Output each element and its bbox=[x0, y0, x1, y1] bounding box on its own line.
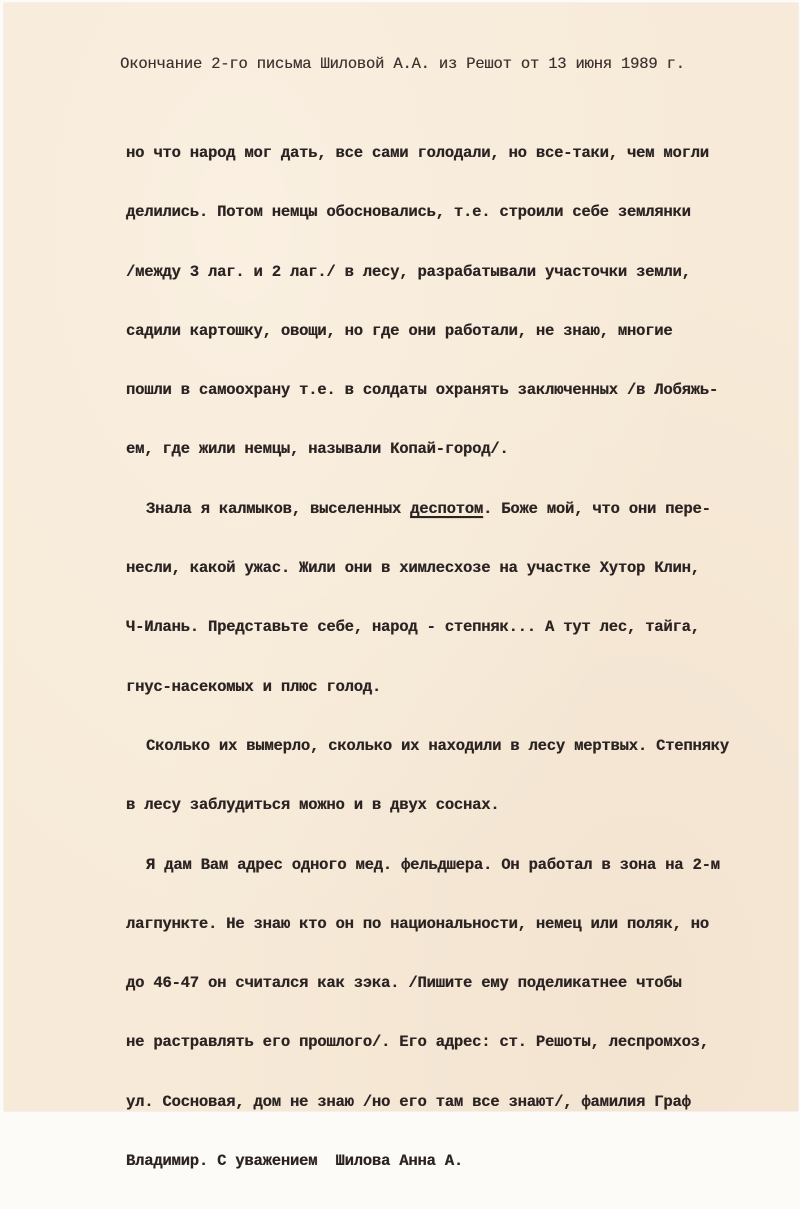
text-line-17: ул. Сосновая, дом не знаю /но его там вс… bbox=[126, 1091, 718, 1114]
text-line-6: ем, где жили немцы, называли Копай-город… bbox=[126, 438, 718, 461]
typed-letter-page: Окончание 2-го письма Шиловой А.А. из Ре… bbox=[4, 3, 798, 1111]
text-line-16: не растравлять его прошлого/. Его адрес:… bbox=[126, 1031, 718, 1054]
text-line-1: но что народ мог дать, все сами голодали… bbox=[126, 142, 718, 165]
text-line-10: гнус-насекомых и плюс голод. bbox=[126, 676, 718, 699]
text-line-2: делились. Потом немцы обосновались, т.е.… bbox=[126, 201, 718, 224]
underlined-word: деспотом bbox=[410, 500, 483, 518]
text-line-4: садили картошку, овощи, но где они работ… bbox=[126, 320, 718, 343]
text-line-15: до 46-47 он считался как зэка. /Пишите е… bbox=[126, 972, 718, 995]
text-line-5: пошли в самоохрану т.е. в солдаты охраня… bbox=[126, 379, 718, 402]
text-line-11: Сколько их вымерло, сколько их находили … bbox=[146, 735, 738, 758]
letter-body: но что народ мог дать, все сами голодали… bbox=[126, 106, 718, 1116]
text-line-14: лагпункте. Не знаю кто он по национально… bbox=[126, 913, 718, 936]
text-line-13: Я дам Вам адрес одного мед. фельдшера. О… bbox=[146, 854, 738, 877]
text-segment: . Боже мой, что они пере- bbox=[483, 500, 711, 518]
text-line-3: /между 3 лаг. и 2 лаг./ в лесу, разрабат… bbox=[126, 261, 718, 284]
text-line-9: Ч-Илань. Представьте себе, народ - степн… bbox=[126, 616, 718, 639]
document-title: Окончание 2-го письма Шиловой А.А. из Ре… bbox=[120, 55, 685, 73]
text-segment: Знала я калмыков, выселенных bbox=[146, 500, 410, 518]
text-line-7: Знала я калмыков, выселенных деспотом. Б… bbox=[146, 498, 738, 521]
text-line-8: несли, какой ужас. Жили они в химлесхозе… bbox=[126, 557, 718, 580]
text-line-12: в лесу заблудиться можно и в двух соснах… bbox=[126, 794, 718, 817]
